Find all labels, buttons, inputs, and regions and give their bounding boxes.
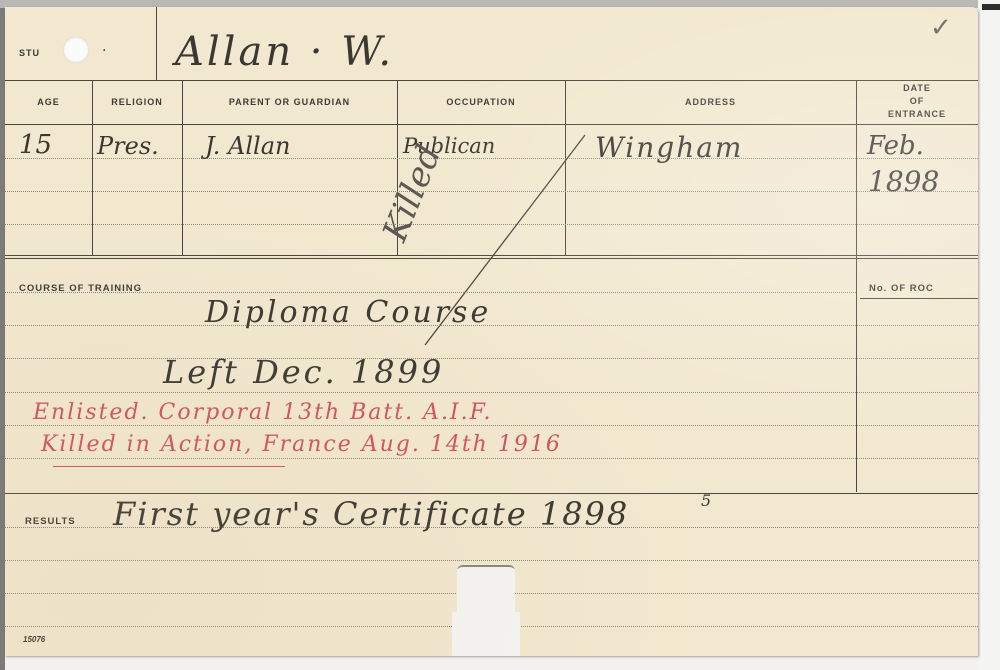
dotted-rule	[5, 292, 856, 293]
dotted-rule	[5, 325, 978, 326]
red-underline	[53, 466, 285, 467]
killed-entry: Killed in Action, France Aug. 14th 1916	[41, 432, 562, 457]
results-superscript: 5	[701, 491, 711, 510]
rule	[860, 298, 978, 299]
dotted-rule	[5, 458, 978, 459]
results-value: First year's Certificate 1898	[113, 495, 629, 533]
dotted-rule	[5, 392, 978, 393]
left-entry: Left Dec. 1899	[163, 353, 444, 391]
diagonal-strike	[5, 7, 978, 656]
dotted-rule	[5, 425, 978, 426]
scanner-right-edge	[978, 0, 1000, 670]
results-label: RESULTS	[25, 516, 76, 527]
course-entry: Diploma Course	[205, 295, 491, 330]
dotted-rule	[5, 560, 978, 561]
tab-notch-base	[452, 612, 520, 656]
enlisted-entry: Enlisted. Corporal 13th Batt. A.I.F.	[33, 400, 492, 425]
rule	[5, 493, 978, 494]
rooms-label: No. OF ROC	[869, 283, 934, 294]
form-number: 15076	[23, 635, 45, 644]
dotted-rule	[5, 358, 978, 359]
student-record-card: STU · Allan · W. ✓ AGE RELIGION PARENT O…	[5, 7, 978, 656]
